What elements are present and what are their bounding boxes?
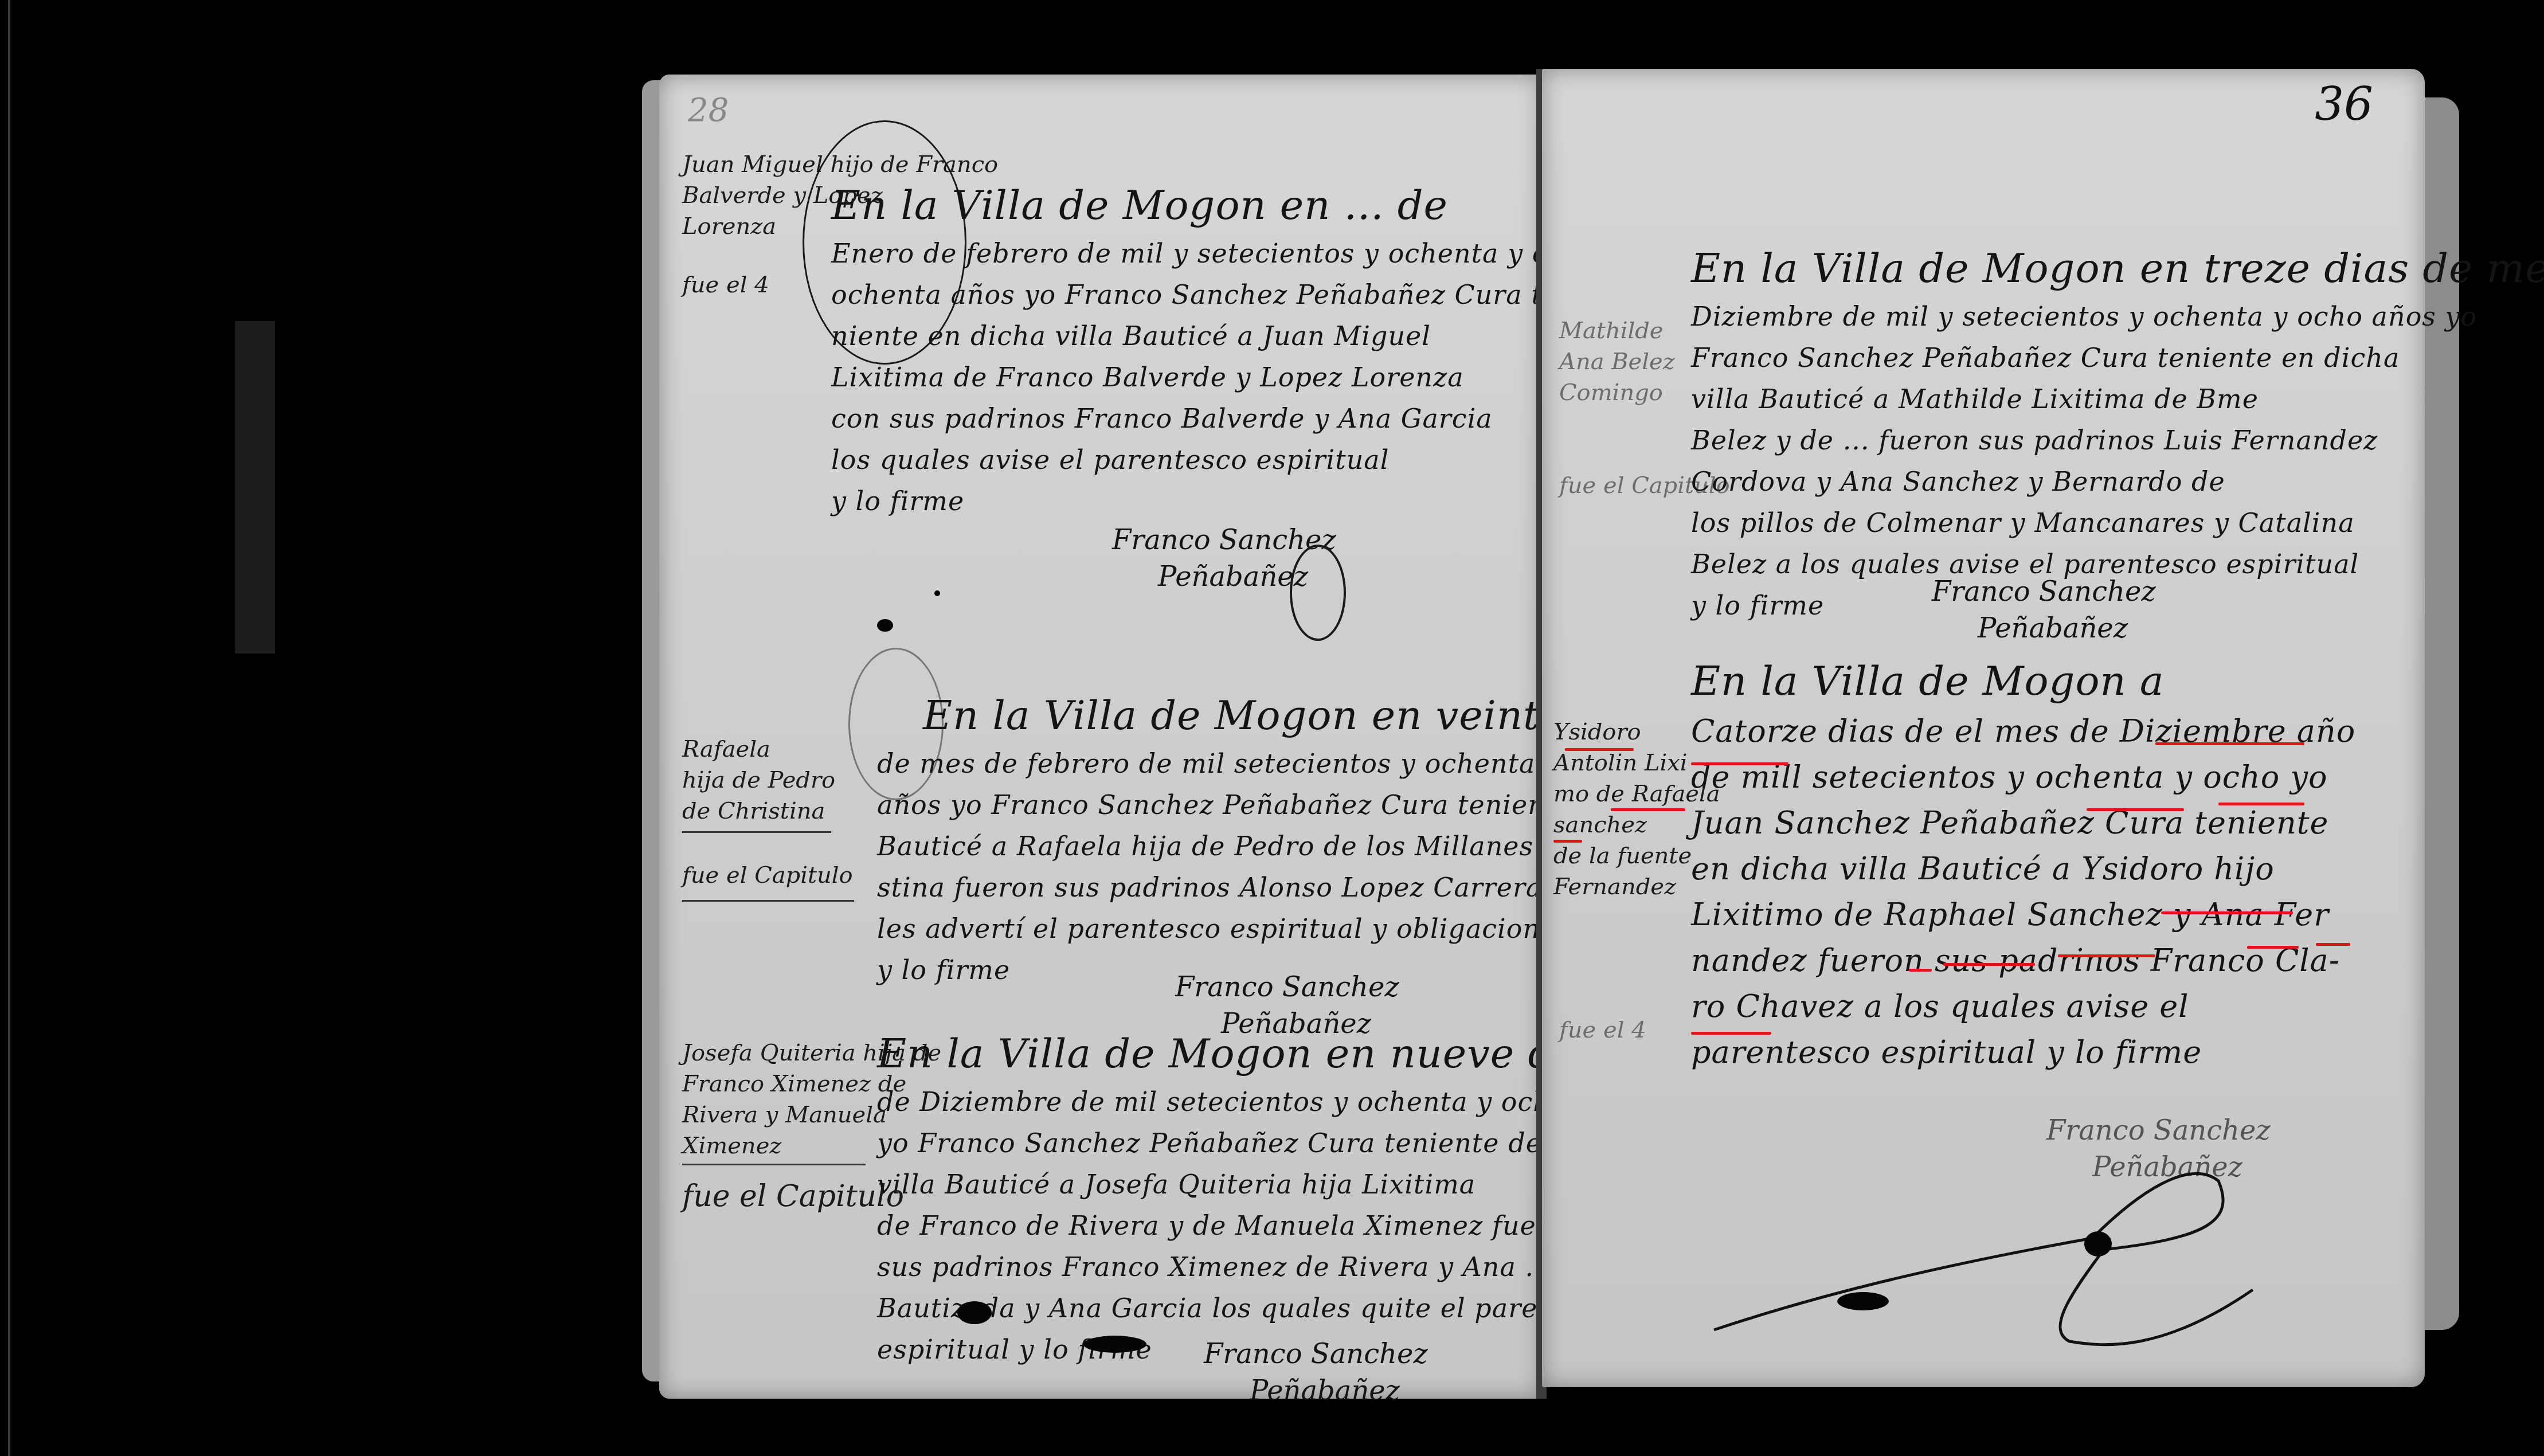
red-underline-annotation [1691,762,1788,765]
red-underline-annotation [2155,742,2304,745]
red-underline-annotation [2247,946,2299,949]
priest-signature-3: Franco Sanchez Peñabañez [1204,1336,1428,1409]
margin-note-r4: fue el 4 [1559,1015,1646,1046]
margin-divider [682,900,854,902]
margin-divider [682,831,831,833]
scan-artifact [235,321,275,653]
margin-note-r1: Mathilde Ana Belez Comingo [1559,315,1675,408]
red-underline-annotation [2058,954,2155,957]
ink-blot [1083,1336,1146,1353]
ink-blot [957,1301,992,1324]
red-underline-annotation [1691,1032,1771,1035]
scan-edge-line [8,0,10,1456]
margin-divider [682,1164,866,1165]
ink-blot [877,619,893,632]
baptism-entry-4: En la Villa de Mogon en treze dias de me… [1691,241,2544,626]
red-underline-annotation [2161,911,2293,914]
red-underline-annotation [2087,808,2184,811]
ink-speck [934,590,940,596]
red-underline-annotation [1565,748,1634,751]
baptism-entry-5: En la Villa de Mogon a Catorze dias de e… [1691,653,2355,1075]
red-underline-annotation [2316,943,2350,946]
open-register-book: 28 Juan Miguel hijo de Franco Balverde y… [642,63,2459,1410]
baptism-entry-1: En la Villa de Mogon en ... de Enero de … [831,178,1606,522]
page-number-right: 36 [2315,77,2373,131]
red-underline-annotation [2218,803,2304,805]
margin-note-6: fue el Capitulo [682,1181,904,1212]
signature-flourish [1290,545,1346,641]
priest-signature-4: Franco Sanchez Peñabañez [1932,573,2156,647]
margin-note-4: fue el Capitulo [682,860,853,891]
right-page: 36 Mathilde Ana Belez Comingo fue el Cap… [1542,69,2425,1387]
red-underline-annotation [1553,840,1582,843]
margin-note-2: fue el 4 [682,269,769,300]
margin-note-3: Rafaela hija de Pedro de Christina [682,734,835,827]
ink-strike-flourish [1702,1158,2390,1399]
red-underline-annotation [1909,969,1932,972]
red-underline-annotation [1611,808,1685,811]
red-underline-annotation [1943,963,2035,966]
page-number-left: 28 [688,92,729,129]
entry-heading: En la Villa de Mogon en ... de [831,178,1606,233]
left-page: 28 Juan Miguel hijo de Franco Balverde y… [659,75,1542,1399]
